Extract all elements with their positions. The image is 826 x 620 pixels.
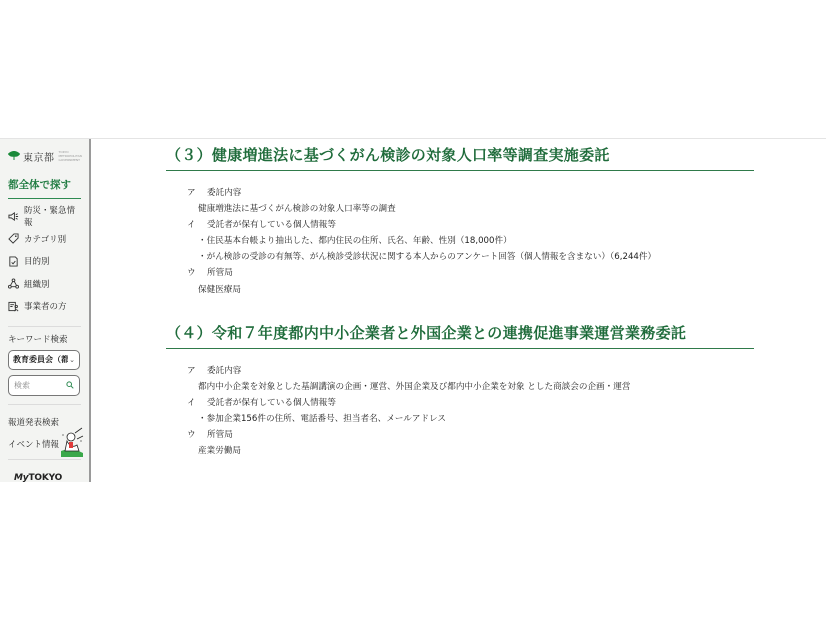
item-u-body: 産業労働局 xyxy=(187,443,754,459)
item-a-body: 都内中小企業を対象とした基調講演の企画・運営、外国企業及び都内中小企業を対象 と… xyxy=(187,379,754,395)
ginkgo-leaf-icon xyxy=(8,151,20,161)
search-field[interactable] xyxy=(8,375,80,396)
mytokyo-banner[interactable]: MyTOKYO › xyxy=(8,459,81,483)
mytokyo-logo: MyTOKYO xyxy=(14,473,62,482)
logo-subtitle: TOKYO METROPOLITAN GOVERNMENT xyxy=(59,150,81,162)
keyword-search-label: キーワード検索 xyxy=(8,333,81,345)
search-icon[interactable] xyxy=(66,381,74,389)
section-items: ア委託内容 健康増進法に基づくがん検診の対象人口率等の調査 イ受託者が保有してい… xyxy=(166,185,754,298)
chevron-down-icon: ⌄ xyxy=(69,356,75,364)
section-title: （３）健康増進法に基づくがん検診の対象人口率等調査実施委託 xyxy=(166,144,754,171)
sidebar-item-label: カテゴリ別 xyxy=(24,233,66,245)
item-i-bullet: ・住民基本台帳より抽出した、都内住民の住所、氏名、年齢、性別（18,000件） xyxy=(187,233,754,249)
org-chart-icon xyxy=(8,278,19,289)
item-a-body: 健康増進法に基づくがん検診の対象人口率等の調査 xyxy=(187,201,754,217)
search-input[interactable] xyxy=(14,381,62,390)
sidebar-item-label: 事業者の方 xyxy=(24,300,67,312)
sidebar-divider xyxy=(8,326,81,327)
organization-select-value: 教育委員会（都 xyxy=(13,354,68,365)
section-items: ア委託内容 都内中小企業を対象とした基調講演の企画・運営、外国企業及び都内中小企… xyxy=(166,363,754,460)
sidebar-item-label: 防災・緊急情報 xyxy=(24,204,81,228)
megaphone-icon xyxy=(8,211,19,222)
sidebar-item-purpose[interactable]: 目的別 xyxy=(8,250,81,273)
sidebar-item-label: 目的別 xyxy=(24,255,50,267)
sidebar-item-disaster[interactable]: 防災・緊急情報 xyxy=(8,205,81,228)
tokyo-logo[interactable]: 東京都 TOKYO METROPOLITAN GOVERNMENT xyxy=(8,141,81,171)
page-viewport: 東京都 TOKYO METROPOLITAN GOVERNMENT 都全体で探す… xyxy=(0,138,826,482)
item-a-heading: ア委託内容 xyxy=(187,185,754,201)
sidebar-item-label: 組織別 xyxy=(24,278,50,290)
organization-select[interactable]: 教育委員会（都 ⌄ xyxy=(8,350,80,370)
item-i-bullet: ・参加企業156件の住所、電話番号、担当者名、メールアドレス xyxy=(187,411,754,427)
chevron-right-icon: › xyxy=(77,482,81,483)
event-info-link[interactable]: イベント情報 xyxy=(8,433,81,455)
item-a-heading: ア委託内容 xyxy=(187,363,754,379)
logo-name: 東京都 xyxy=(23,149,55,164)
section-4: （４）令和７年度都内中小企業者と外国企業との連携促進事業運営業務委託 ア委託内容… xyxy=(166,322,754,460)
document-check-icon xyxy=(8,256,19,267)
item-i-heading: イ受託者が保有している個人情報等 xyxy=(187,217,754,233)
main-content: （３）健康増進法に基づくがん検診の対象人口率等調査実施委託 ア委託内容 健康増進… xyxy=(166,139,754,459)
item-u-heading: ウ所管局 xyxy=(187,265,754,281)
sidebar-item-category[interactable]: カテゴリ別 xyxy=(8,228,81,251)
item-i-heading: イ受託者が保有している個人情報等 xyxy=(187,395,754,411)
item-u-body: 保健医療局 xyxy=(187,282,754,298)
business-person-icon xyxy=(8,301,19,312)
sidebar-divider xyxy=(8,404,81,405)
tag-icon xyxy=(8,233,19,244)
item-u-heading: ウ所管局 xyxy=(187,427,754,443)
section-title: （４）令和７年度都内中小企業者と外国企業との連携促進事業運営業務委託 xyxy=(166,322,754,349)
sidebar-item-organization[interactable]: 組織別 xyxy=(8,273,81,296)
sidebar-item-business[interactable]: 事業者の方 xyxy=(8,295,81,318)
find-all-heading: 都全体で探す xyxy=(8,171,81,199)
section-3: （３）健康増進法に基づくがん検診の対象人口率等調査実施委託 ア委託内容 健康増進… xyxy=(166,144,754,298)
event-info-label: イベント情報 xyxy=(8,438,59,450)
sidebar: 東京都 TOKYO METROPOLITAN GOVERNMENT 都全体で探す… xyxy=(0,139,91,482)
mascot-illustration-icon xyxy=(57,427,85,457)
item-i-bullet: ・がん検診の受診の有無等、がん検診受診状況に関する本人からのアンケート回答（個人… xyxy=(187,249,754,265)
